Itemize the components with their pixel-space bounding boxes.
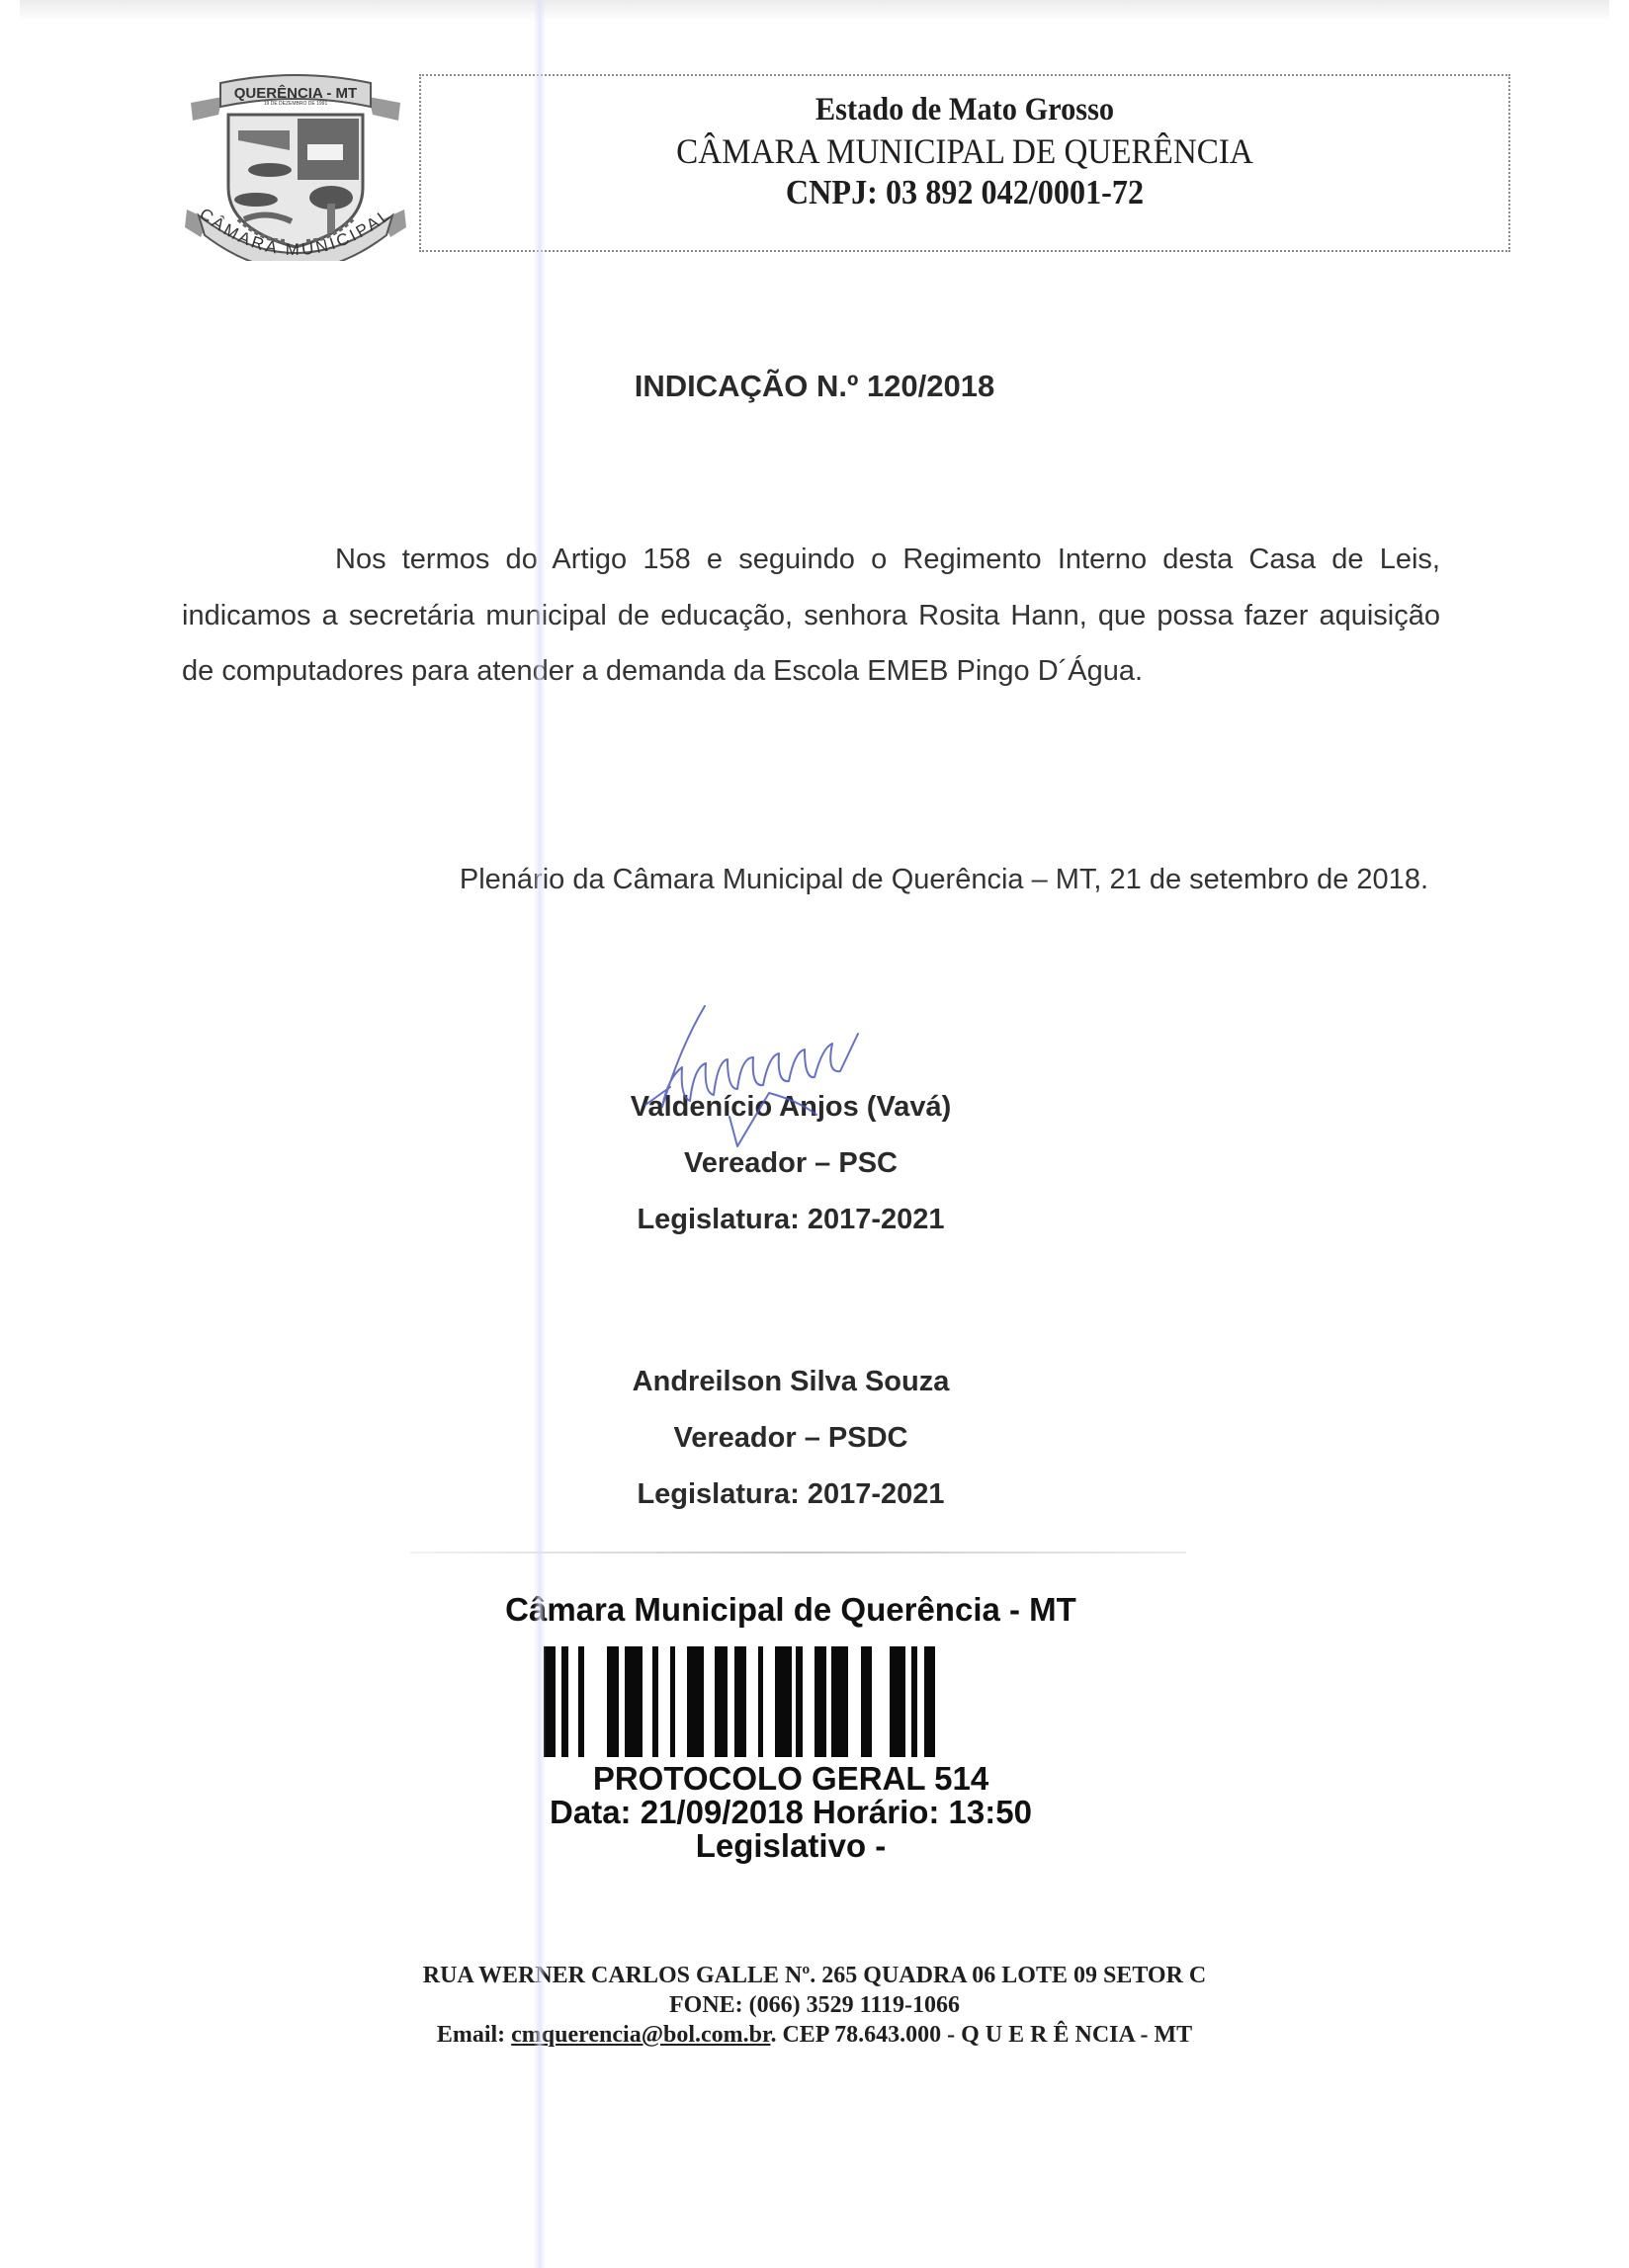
letterhead-footer: RUA WERNER CARLOS GALLE Nº. 265 QUADRA 0… (0, 1961, 1629, 2050)
signatory-name: Andreilson Silva Souza (0, 1354, 1582, 1410)
stamp-divider (410, 1552, 1186, 1554)
footer-address: RUA WERNER CARLOS GALLE Nº. 265 QUADRA 0… (0, 1961, 1629, 1990)
svg-text:19 DE DEZEMBRO DE 1991: 19 DE DEZEMBRO DE 1991 (264, 101, 328, 107)
signatory-role: Vereador – PSDC (0, 1410, 1582, 1467)
closing-place-date: Plenário da Câmara Municipal de Querênci… (0, 864, 1428, 896)
signatory-term: Legislatura: 2017-2021 (0, 1467, 1582, 1523)
cnpj: CNPJ: 03 892 042/0001-72 (465, 175, 1465, 210)
protocol-number: PROTOCOLO GERAL 514 (0, 1762, 1582, 1795)
handwritten-signature (611, 998, 937, 1156)
signatory-2: Andreilson Silva Souza Vereador – PSDC L… (0, 1354, 1582, 1523)
cep-city: . CEP 78.643.000 - Q U E R Ê NCIA - MT (770, 2022, 1192, 2048)
signatory-term: Legislatura: 2017-2021 (0, 1192, 1582, 1248)
email-label: Email: (437, 2022, 511, 2048)
document-title: INDICAÇÃO N.º 120/2018 (0, 369, 1629, 404)
institution-name: CÂMARA MUNICIPAL DE QUERÊNCIA (465, 133, 1465, 169)
email-link[interactable]: cmquerencia@bol.com.br (511, 2022, 770, 2048)
protocol-sector: Legislativo - (0, 1829, 1582, 1862)
document-body: Nos termos do Artigo 158 e seguindo o Re… (182, 532, 1440, 700)
barcode-icon (542, 1646, 937, 1757)
protocol-stamp-title: Câmara Municipal de Querência - MT (0, 1591, 1582, 1629)
scan-edge-shadow (20, 0, 1609, 22)
letterhead-box: Estado de Mato Grosso CÂMARA MUNICIPAL D… (419, 74, 1510, 252)
footer-contact: Email: cmquerencia@bol.com.br. CEP 78.64… (0, 2020, 1629, 2050)
protocol-datetime: Data: 21/09/2018 Horário: 13:50 (0, 1796, 1582, 1828)
municipal-coat-of-arms-icon: QUERÊNCIA - MT 19 DE DEZEMBRO DE 1991 CÂ… (183, 71, 408, 261)
svg-text:QUERÊNCIA - MT: QUERÊNCIA - MT (234, 84, 357, 102)
state-name: Estado de Mato Grosso (465, 94, 1465, 126)
footer-phone: FONE: (066) 3529 1119-1066 (0, 1990, 1629, 2020)
